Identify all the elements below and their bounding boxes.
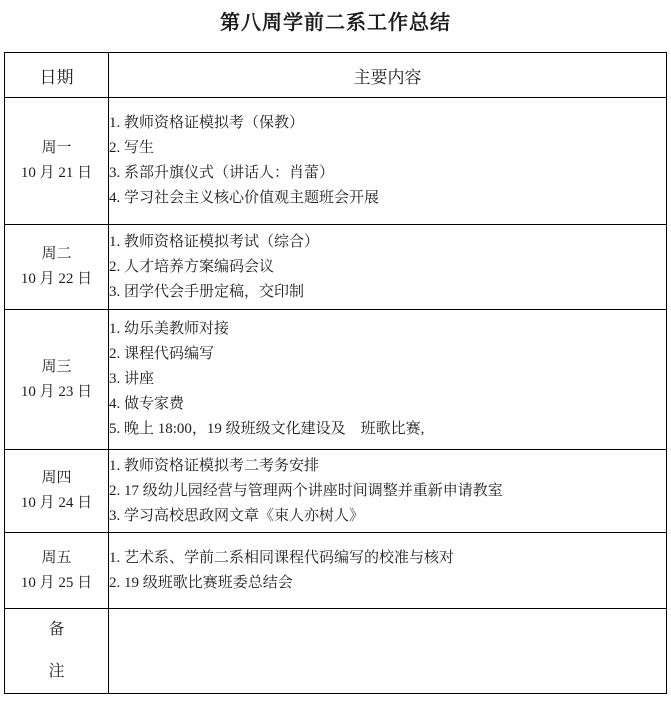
task-item: 5. 晚上 18:00，19 级班级文化建设及 班歌比赛, <box>109 417 666 442</box>
weekday-label: 周三 <box>5 355 108 380</box>
date-label: 10 月 21 日 <box>5 161 108 186</box>
content-cell-monday: 1. 教师资格证模拟考（保教） 2. 写生 3. 系部升旗仪式（讲话人：肖蕾） … <box>109 98 667 225</box>
remarks-label-line2: 注 <box>5 651 108 693</box>
table-row-thursday: 周四 10 月 24 日 1. 教师资格证模拟考二考务安排 2. 17 级幼儿园… <box>5 450 667 533</box>
task-item: 2. 19 级班歌比赛班委总结会 <box>109 571 666 596</box>
task-item: 2. 课程代码编写 <box>109 342 666 367</box>
document-page: 第八周学前二系工作总结 日期 主要内容 周一 10 月 21 日 1. 教师资格… <box>0 0 671 703</box>
content-cell-friday: 1. 艺术系、学前二系相同课程代码编写的校准与核对 2. 19 级班歌比赛班委总… <box>109 533 667 609</box>
table-row-monday: 周一 10 月 21 日 1. 教师资格证模拟考（保教） 2. 写生 3. 系部… <box>5 98 667 225</box>
content-cell-wednesday: 1. 幼乐美教师对接 2. 课程代码编写 3. 讲座 4. 做专家费 5. 晚上… <box>109 310 667 450</box>
task-item: 2. 人才培养方案编码会议 <box>109 255 666 280</box>
task-item: 3. 系部升旗仪式（讲话人：肖蕾） <box>109 161 666 186</box>
content-cell-tuesday: 1. 教师资格证模拟考试（综合） 2. 人才培养方案编码会议 3. 团学代会手册… <box>109 225 667 310</box>
weekday-label: 周一 <box>5 136 108 161</box>
task-item: 4. 学习社会主义核心价值观主题班会开展 <box>109 186 666 211</box>
task-item: 3. 团学代会手册定稿，交印制 <box>109 280 666 305</box>
date-label: 10 月 22 日 <box>5 267 108 292</box>
task-item: 2. 17 级幼儿园经营与管理两个讲座时间调整并重新申请教室 <box>109 479 666 504</box>
content-cell-thursday: 1. 教师资格证模拟考二考务安排 2. 17 级幼儿园经营与管理两个讲座时间调整… <box>109 450 667 533</box>
task-item: 1. 教师资格证模拟考试（综合） <box>109 230 666 255</box>
date-cell-monday: 周一 10 月 21 日 <box>5 98 109 225</box>
date-cell-thursday: 周四 10 月 24 日 <box>5 450 109 533</box>
weekday-label: 周二 <box>5 242 108 267</box>
task-item: 1. 艺术系、学前二系相同课程代码编写的校准与核对 <box>109 546 666 571</box>
task-item: 4. 做专家费 <box>109 392 666 417</box>
table-header-row: 日期 主要内容 <box>5 53 667 98</box>
task-item: 2. 写生 <box>109 136 666 161</box>
date-label: 10 月 24 日 <box>5 491 108 516</box>
remarks-content-cell <box>109 609 667 694</box>
table-row-tuesday: 周二 10 月 22 日 1. 教师资格证模拟考试（综合） 2. 人才培养方案编… <box>5 225 667 310</box>
work-summary-table: 日期 主要内容 周一 10 月 21 日 1. 教师资格证模拟考（保教） 2. … <box>4 52 667 694</box>
col-header-content: 主要内容 <box>109 53 667 98</box>
task-item: 3. 讲座 <box>109 367 666 392</box>
remarks-label-line1: 备 <box>5 609 108 651</box>
col-header-date: 日期 <box>5 53 109 98</box>
date-label: 10 月 25 日 <box>5 571 108 596</box>
table-row-remarks: 备 注 <box>5 609 667 694</box>
task-item: 1. 教师资格证模拟考二考务安排 <box>109 454 666 479</box>
weekday-label: 周五 <box>5 546 108 571</box>
task-item: 1. 幼乐美教师对接 <box>109 317 666 342</box>
date-label: 10 月 23 日 <box>5 380 108 405</box>
table-row-wednesday: 周三 10 月 23 日 1. 幼乐美教师对接 2. 课程代码编写 3. 讲座 … <box>5 310 667 450</box>
document-title: 第八周学前二系工作总结 <box>0 6 671 35</box>
remarks-label-cell: 备 注 <box>5 609 109 694</box>
task-item: 1. 教师资格证模拟考（保教） <box>109 111 666 136</box>
date-cell-friday: 周五 10 月 25 日 <box>5 533 109 609</box>
date-cell-tuesday: 周二 10 月 22 日 <box>5 225 109 310</box>
date-cell-wednesday: 周三 10 月 23 日 <box>5 310 109 450</box>
table-row-friday: 周五 10 月 25 日 1. 艺术系、学前二系相同课程代码编写的校准与核对 2… <box>5 533 667 609</box>
task-item: 3. 学习高校思政网文章《束人亦树人》 <box>109 504 666 529</box>
weekday-label: 周四 <box>5 466 108 491</box>
